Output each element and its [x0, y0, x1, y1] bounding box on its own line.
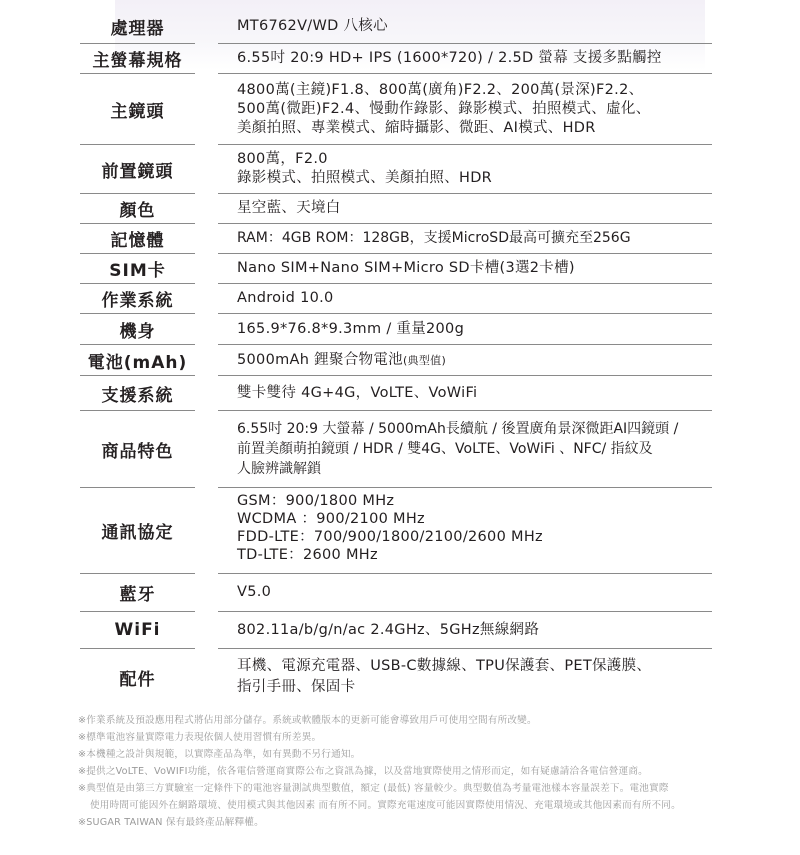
spec-value: 5000mAh 鋰聚合物電池(典型值) — [237, 345, 720, 375]
footnote: ※SUGAR TAIWAN 保有最終產品解釋權。 — [78, 814, 738, 831]
spec-value: 6.55吋 20:9 大螢幕 / 5000mAh長續航 / 後置廣角景深微距AI… — [237, 411, 720, 487]
spec-label: 作業系統 — [80, 284, 195, 313]
spec-label: 支援系統 — [80, 376, 195, 410]
spec-row-processor: 處理器 MT6762V/WD 八核心 — [0, 10, 800, 43]
spec-value: 6.55吋 20:9 HD+ IPS (1600*720) / 2.5D 螢幕 … — [237, 44, 720, 73]
spec-row-bluetooth: 藍牙 V5.0 — [0, 574, 800, 611]
spec-value: 800萬，F2.0 錄影模式、拍照模式、美顏拍照、HDR — [237, 145, 720, 193]
spec-value: MT6762V/WD 八核心 — [237, 10, 720, 43]
spec-value: 星空藍、天境白 — [237, 194, 720, 223]
spec-label: 記憶體 — [80, 224, 195, 253]
spec-value: 雙卡雙待 4G+4G，VoLTE、VoWiFi — [237, 376, 720, 410]
spec-value: Android 10.0 — [237, 284, 720, 313]
spec-label: 主螢幕規格 — [80, 44, 195, 73]
spec-value: GSM：900/1800 MHz WCDMA ：900/2100 MHz FDD… — [237, 488, 720, 573]
spec-row-features: 商品特色 6.55吋 20:9 大螢幕 / 5000mAh長續航 / 後置廣角景… — [0, 411, 800, 487]
spec-label: 機身 — [80, 314, 195, 344]
spec-label: 配件 — [80, 649, 195, 705]
spec-value: V5.0 — [237, 574, 720, 611]
spec-label: 商品特色 — [80, 411, 195, 487]
spec-value: 802.11a/b/g/n/ac 2.4GHz、5GHz無線網路 — [237, 612, 720, 648]
footnote: ※本機種之設計與規範，以實際產品為準，如有異動不另行通知。 — [78, 746, 738, 763]
spec-label: WiFi — [80, 612, 195, 648]
footnote: ※作業系統及預設應用程式將佔用部分儲存。系統或軟體版本的更新可能會導致用戶可使用… — [78, 712, 738, 729]
spec-value: 4800萬(主鏡)F1.8、800萬(廣角)F2.2、200萬(景深)F2.2、… — [237, 74, 720, 144]
spec-value: 耳機、電源充電器、USB-C數據線、TPU保護套、PET保護膜、 指引手冊、保固… — [237, 649, 720, 705]
spec-row-front-camera: 前置鏡頭 800萬，F2.0 錄影模式、拍照模式、美顏拍照、HDR — [0, 145, 800, 193]
footnote: ※典型值是由第三方實驗室一定條件下的電池容量測試典型數值，額定 (最低) 容量較… — [78, 780, 738, 797]
spec-row-display: 主螢幕規格 6.55吋 20:9 HD+ IPS (1600*720) / 2.… — [0, 44, 800, 73]
spec-label: 顏色 — [80, 194, 195, 223]
spec-label: 處理器 — [80, 10, 195, 43]
spec-label: 電池(mAh) — [80, 345, 195, 375]
footnote-continuation: 使用時間可能因外在網路環境、使用模式與其他因素 而有所不同。實際充電速度可能因實… — [78, 797, 738, 814]
spec-label: 藍牙 — [80, 574, 195, 611]
footnotes: ※作業系統及預設應用程式將佔用部分儲存。系統或軟體版本的更新可能會導致用戶可使用… — [78, 712, 738, 831]
spec-label: 主鏡頭 — [80, 74, 195, 144]
spec-label: 通訊協定 — [80, 488, 195, 573]
footnote: ※標準電池容量實際電力表現依個人使用習慣有所差異。 — [78, 729, 738, 746]
spec-row-network: 支援系統 雙卡雙待 4G+4G，VoLTE、VoWiFi — [0, 376, 800, 410]
spec-row-accessories: 配件 耳機、電源充電器、USB-C數據線、TPU保護套、PET保護膜、 指引手冊… — [0, 649, 800, 705]
footnote: ※提供之VoLTE、VoWIFI功能，依各電信營運商實際公布之資訊為據，以及當地… — [78, 763, 738, 780]
spec-row-battery: 電池(mAh) 5000mAh 鋰聚合物電池(典型值) — [0, 345, 800, 375]
spec-row-rear-camera: 主鏡頭 4800萬(主鏡)F1.8、800萬(廣角)F2.2、200萬(景深)F… — [0, 74, 800, 144]
spec-row-memory: 記憶體 RAM：4GB ROM：128GB，支援MicroSD最高可擴充至256… — [0, 224, 800, 253]
spec-row-wifi: WiFi 802.11a/b/g/n/ac 2.4GHz、5GHz無線網路 — [0, 612, 800, 648]
spec-row-body: 機身 165.9*76.8*9.3mm / 重量200g — [0, 314, 800, 344]
spec-value: Nano SIM+Nano SIM+Micro SD卡槽(3選2卡槽) — [237, 254, 720, 283]
spec-row-os: 作業系統 Android 10.0 — [0, 284, 800, 313]
spec-value: RAM：4GB ROM：128GB，支援MicroSD最高可擴充至256G — [237, 224, 720, 253]
spec-row-color: 顏色 星空藍、天境白 — [0, 194, 800, 223]
spec-label: 前置鏡頭 — [80, 145, 195, 193]
spec-label: SIM卡 — [80, 254, 195, 283]
spec-row-sim: SIM卡 Nano SIM+Nano SIM+Micro SD卡槽(3選2卡槽) — [0, 254, 800, 283]
spec-value: 165.9*76.8*9.3mm / 重量200g — [237, 314, 720, 344]
spec-row-bands: 通訊協定 GSM：900/1800 MHz WCDMA ：900/2100 MH… — [0, 488, 800, 573]
